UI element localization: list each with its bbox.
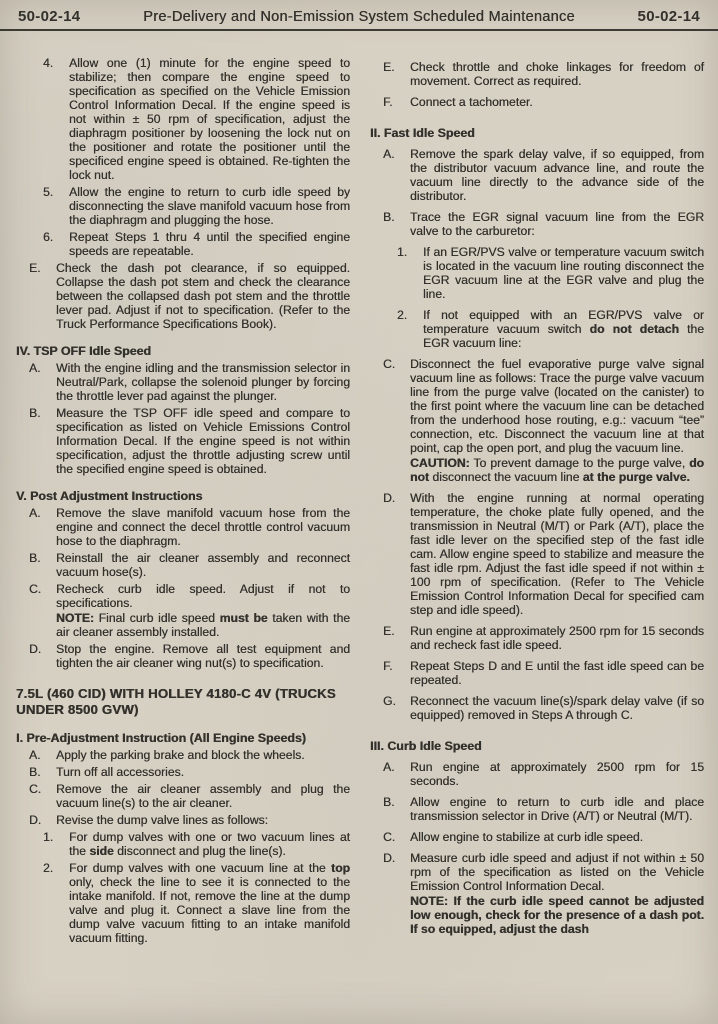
section-heading: III. Curb Idle Speed	[370, 739, 704, 753]
list-item: 6.Repeat Steps 1 thru 4 until the specif…	[16, 230, 350, 258]
list-item: B.Measure the TSP OFF idle speed and com…	[16, 406, 350, 476]
bold-text: CAUTION:	[410, 456, 470, 470]
page-header: 50-02-14 Pre-Delivery and Non-Emission S…	[0, 0, 718, 31]
text-run: Allow engine to return to curb idle and …	[410, 795, 704, 823]
text-run: Repeat Steps 1 thru 4 until the specifie…	[69, 230, 350, 258]
text-run: Allow one (1) minute for the engine spee…	[69, 56, 350, 182]
item-text: Recheck curb idle speed. Adjust if not t…	[56, 582, 350, 639]
item-text: Connect a tachometer.	[410, 95, 704, 109]
list-item: C.Allow engine to stabilize at curb idle…	[370, 830, 704, 844]
item-text: Turn off all accessories.	[56, 765, 350, 779]
text-run: Check throttle and choke linkages for fr…	[410, 60, 704, 88]
text-run: Stop the engine. Remove all test equipme…	[56, 642, 350, 670]
item-label: B.	[29, 765, 56, 779]
list-item: A.Remove the spark delay valve, if so eq…	[370, 147, 704, 203]
bold-text: top	[331, 861, 350, 875]
item-label: B.	[29, 551, 56, 579]
text-run: Reconnect the vacuum line(s)/spark delay…	[410, 694, 704, 722]
item-text: Repeat Steps D and E until the fast idle…	[410, 659, 704, 687]
list-item: 2.For dump valves with one vacuum line a…	[16, 861, 350, 945]
text-run: disconnect the vacuum line	[429, 470, 583, 484]
text-run: Recheck curb idle speed. Adjust if not t…	[56, 582, 350, 610]
page-code-left: 50-02-14	[18, 8, 80, 25]
text-run: Measure curb idle speed and adjust if no…	[410, 851, 704, 893]
list-item: C.Recheck curb idle speed. Adjust if not…	[16, 582, 350, 639]
text-run: Run engine at approximately 2500 rpm for…	[410, 624, 704, 652]
item-text: Apply the parking brake and block the wh…	[56, 748, 350, 762]
list-item: 1.For dump valves with one or two vacuum…	[16, 830, 350, 858]
item-text: Measure the TSP OFF idle speed and compa…	[56, 406, 350, 476]
item-label: 4.	[43, 56, 69, 182]
list-item: D.Stop the engine. Remove all test equip…	[16, 642, 350, 670]
list-item: E.Check throttle and choke linkages for …	[370, 60, 704, 88]
list-item: C.Disconnect the fuel evaporative purge …	[370, 357, 704, 484]
item-label: A.	[29, 506, 56, 548]
item-text: Reinstall the air cleaner assembly and r…	[56, 551, 350, 579]
bold-text: at the purge valve.	[583, 470, 690, 484]
list-item: E.Run engine at approximately 2500 rpm f…	[370, 624, 704, 652]
item-label: A.	[29, 361, 56, 403]
list-item: E.Check the dash pot clearance, if so eq…	[16, 261, 350, 331]
list-item: D.Revise the dump valve lines as follows…	[16, 813, 350, 827]
content-columns: 4.Allow one (1) minute for the engine sp…	[0, 31, 718, 945]
text-run: disconnect and plug the line(s).	[114, 844, 286, 858]
item-text: Trace the EGR signal vacuum line from th…	[410, 210, 704, 238]
list-item: 4.Allow one (1) minute for the engine sp…	[16, 56, 350, 182]
item-text: Reconnect the vacuum line(s)/spark delay…	[410, 694, 704, 722]
note-paragraph: NOTE: If the curb idle speed cannot be a…	[410, 894, 704, 936]
note-paragraph: NOTE: Final curb idle speed must be take…	[56, 611, 350, 639]
item-text: Allow engine to return to curb idle and …	[410, 795, 704, 823]
list-item: A.Apply the parking brake and block the …	[16, 748, 350, 762]
item-label: 1.	[43, 830, 69, 858]
list-item: B.Allow engine to return to curb idle an…	[370, 795, 704, 823]
item-label: F.	[383, 659, 410, 687]
list-item: F.Repeat Steps D and E until the fast id…	[370, 659, 704, 687]
text-run: For dump valves with one vacuum line at …	[69, 861, 331, 875]
item-label: C.	[29, 582, 56, 639]
item-text: For dump valves with one vacuum line at …	[69, 861, 350, 945]
text-run: Measure the TSP OFF idle speed and compa…	[56, 406, 350, 476]
list-item: F.Connect a tachometer.	[370, 95, 704, 109]
list-item: D.Measure curb idle speed and adjust if …	[370, 851, 704, 936]
text-run: only, check the line to see it is connec…	[69, 875, 350, 945]
text-run: Apply the parking brake and block the wh…	[56, 748, 305, 762]
text-run: Trace the EGR signal vacuum line from th…	[410, 210, 704, 238]
item-label: 5.	[43, 185, 69, 227]
item-text: Run engine at approximately 2500 rpm for…	[410, 760, 704, 788]
engine-title: 7.5L (460 CID) WITH HOLLEY 4180-C 4V (TR…	[16, 686, 350, 718]
item-text: Allow one (1) minute for the engine spee…	[69, 56, 350, 182]
text-run: With the engine running at normal operat…	[410, 491, 704, 617]
list-item: B.Trace the EGR signal vacuum line from …	[370, 210, 704, 238]
item-label: B.	[383, 795, 410, 823]
text-run: Disconnect the fuel evaporative purge va…	[410, 357, 704, 455]
right-column: E.Check throttle and choke linkages for …	[370, 53, 704, 945]
item-label: G.	[383, 694, 410, 722]
bold-text: do not detach	[590, 322, 679, 336]
text-run: Check the dash pot clearance, if so equi…	[56, 261, 350, 331]
list-item: C.Remove the air cleaner assembly and pl…	[16, 782, 350, 810]
list-item: G.Reconnect the vacuum line(s)/spark del…	[370, 694, 704, 722]
item-text: Allow the engine to return to curb idle …	[69, 185, 350, 227]
item-text: Disconnect the fuel evaporative purge va…	[410, 357, 704, 484]
item-label: E.	[29, 261, 56, 331]
page-title: Pre-Delivery and Non-Emission System Sch…	[143, 9, 575, 25]
item-label: E.	[383, 624, 410, 652]
item-label: 6.	[43, 230, 69, 258]
item-label: F.	[383, 95, 410, 109]
text-run: Allow the engine to return to curb idle …	[69, 185, 350, 227]
page-code-right: 50-02-14	[638, 8, 700, 25]
list-item: B.Reinstall the air cleaner assembly and…	[16, 551, 350, 579]
item-text: If an EGR/PVS valve or temperature vacuu…	[423, 245, 704, 301]
text-run: Remove the air cleaner assembly and plug…	[56, 782, 350, 810]
item-text: With the engine idling and the transmiss…	[56, 361, 350, 403]
bold-text: must be	[220, 611, 268, 625]
list-item: A.With the engine idling and the transmi…	[16, 361, 350, 403]
section-heading: V. Post Adjustment Instructions	[16, 489, 350, 503]
text-run: Remove the spark delay valve, if so equi…	[410, 147, 704, 203]
item-text: If not equipped with an EGR/PVS valve or…	[423, 308, 704, 350]
item-label: A.	[383, 147, 410, 203]
text-run: If an EGR/PVS valve or temperature vacuu…	[423, 245, 704, 301]
item-label: 1.	[397, 245, 423, 301]
item-text: Check throttle and choke linkages for fr…	[410, 60, 704, 88]
item-label: B.	[29, 406, 56, 476]
item-text: Stop the engine. Remove all test equipme…	[56, 642, 350, 670]
list-item: A.Run engine at approximately 2500 rpm f…	[370, 760, 704, 788]
item-label: C.	[383, 830, 410, 844]
left-column: 4.Allow one (1) minute for the engine sp…	[16, 53, 350, 945]
item-label: B.	[383, 210, 410, 238]
manual-page: 50-02-14 Pre-Delivery and Non-Emission S…	[0, 0, 718, 1024]
list-item: A.Remove the slave manifold vacuum hose …	[16, 506, 350, 548]
list-item: 1.If an EGR/PVS valve or temperature vac…	[370, 245, 704, 301]
text-run: Allow engine to stabilize at curb idle s…	[410, 830, 643, 844]
item-text: Check the dash pot clearance, if so equi…	[56, 261, 350, 331]
item-text: Allow engine to stabilize at curb idle s…	[410, 830, 704, 844]
text-run: Remove the slave manifold vacuum hose fr…	[56, 506, 350, 548]
item-label: C.	[29, 782, 56, 810]
item-label: 2.	[43, 861, 69, 945]
text-run: With the engine idling and the transmiss…	[56, 361, 350, 403]
item-label: D.	[29, 642, 56, 670]
item-text: With the engine running at normal operat…	[410, 491, 704, 617]
text-run: Connect a tachometer.	[410, 95, 533, 109]
item-label: C.	[383, 357, 410, 484]
list-item: 5.Allow the engine to return to curb idl…	[16, 185, 350, 227]
section-heading: II. Fast Idle Speed	[370, 126, 704, 140]
list-item: 2.If not equipped with an EGR/PVS valve …	[370, 308, 704, 350]
item-text: Remove the air cleaner assembly and plug…	[56, 782, 350, 810]
item-text: Remove the spark delay valve, if so equi…	[410, 147, 704, 203]
item-text: Remove the slave manifold vacuum hose fr…	[56, 506, 350, 548]
text-run: To prevent damage to the purge valve,	[470, 456, 690, 470]
text-run: Run engine at approximately 2500 rpm for…	[410, 760, 704, 788]
item-text: Measure curb idle speed and adjust if no…	[410, 851, 704, 936]
item-text: Run engine at approximately 2500 rpm for…	[410, 624, 704, 652]
item-label: D.	[383, 491, 410, 617]
bold-text: NOTE:	[56, 611, 94, 625]
text-run: Final curb idle speed	[94, 611, 220, 625]
section-heading: I. Pre-Adjustment Instruction (All Engin…	[16, 731, 350, 745]
section-heading: IV. TSP OFF Idle Speed	[16, 344, 350, 358]
item-label: D.	[29, 813, 56, 827]
item-label: E.	[383, 60, 410, 88]
item-label: 2.	[397, 308, 423, 350]
list-item: D.With the engine running at normal oper…	[370, 491, 704, 617]
text-run: Revise the dump valve lines as follows:	[56, 813, 268, 827]
bold-text: NOTE: If the curb idle speed cannot be a…	[410, 894, 704, 936]
text-run: Reinstall the air cleaner assembly and r…	[56, 551, 350, 579]
item-text: Revise the dump valve lines as follows:	[56, 813, 350, 827]
item-label: A.	[29, 748, 56, 762]
list-item: B.Turn off all accessories.	[16, 765, 350, 779]
item-text: For dump valves with one or two vacuum l…	[69, 830, 350, 858]
item-text: Repeat Steps 1 thru 4 until the specifie…	[69, 230, 350, 258]
item-label: D.	[383, 851, 410, 936]
item-label: A.	[383, 760, 410, 788]
bold-text: side	[89, 844, 113, 858]
note-paragraph: CAUTION: To prevent damage to the purge …	[410, 456, 704, 484]
text-run: Repeat Steps D and E until the fast idle…	[410, 659, 704, 687]
text-run: Turn off all accessories.	[56, 765, 184, 779]
